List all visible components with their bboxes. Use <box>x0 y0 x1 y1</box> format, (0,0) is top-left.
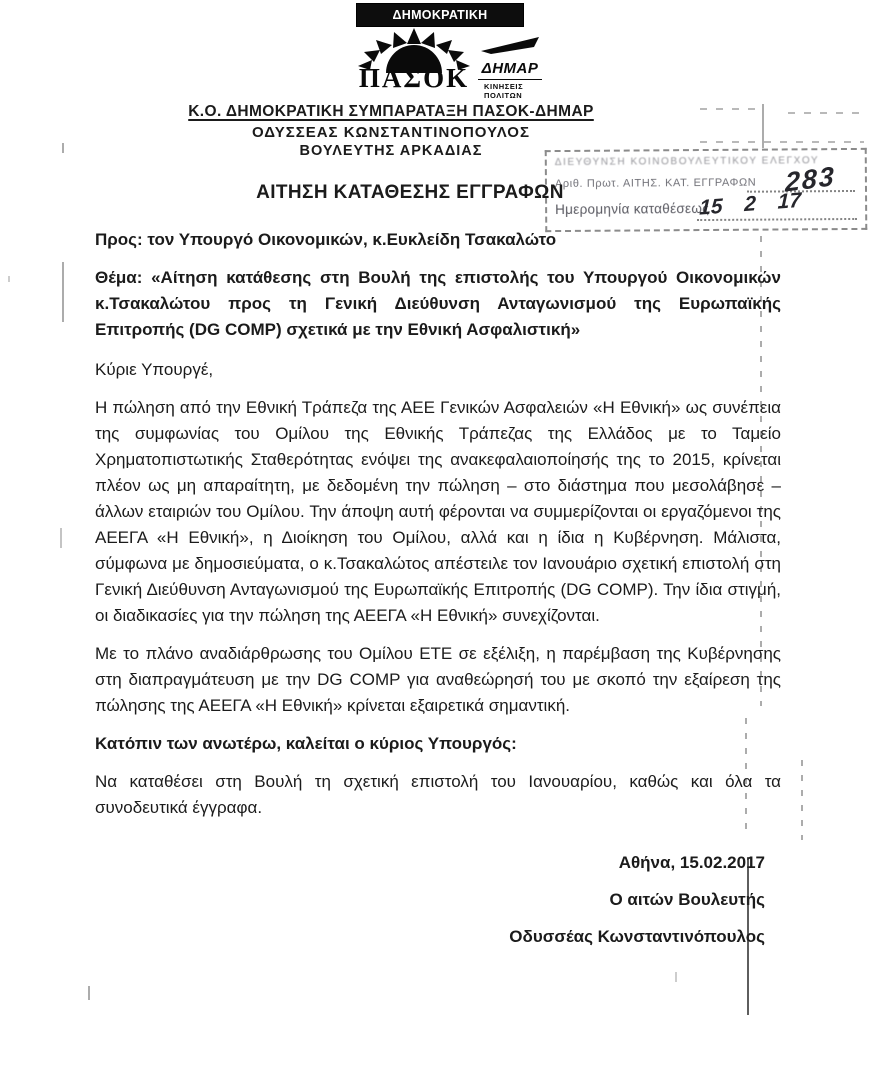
call-to-minister-line: Κατόπιν των ανωτέρω, καλείται ο κύριος Υ… <box>95 731 781 757</box>
mp-name-line: ΟΔΥΣΣΕΑΣ ΚΩΝΣΤΑΝΤΙΝΟΠΟΥΛΟΣ <box>0 124 782 141</box>
signatory-name-line: Οδυσσέας Κωνσταντινόπουλος <box>95 927 765 947</box>
body-paragraph-1: Η πώληση από την Εθνική Τράπεζα της ΑΕΕ … <box>95 395 781 629</box>
document-title: ΑΙΤΗΣΗ ΚΑΤΑΘΕΣΗΣ ΕΓΓΡΑΦΩΝ <box>25 182 795 204</box>
scan-artifact <box>88 986 90 1000</box>
scan-artifact <box>62 262 64 322</box>
dimar-flag-icon <box>479 43 541 60</box>
scan-artifact <box>8 276 10 282</box>
place-date-line: Αθήνα, 15.02.2017 <box>95 853 765 873</box>
pasok-sun-icon <box>356 28 472 79</box>
subject-paragraph: Θέμα: «Αίτηση κατάθεσης στη Βουλή της επ… <box>95 265 781 343</box>
scan-artifact <box>788 112 862 114</box>
parliamentary-group-line: Κ.Ο. ΔΗΜΟΚΡΑΤΙΚΗ ΣΥΜΠΑΡΑΤΑΞΗ ΠΑΣΟΚ-ΔΗΜΑΡ <box>0 103 782 121</box>
kiniseis-politon-label: ΚΙΝΗΣΕΙΣ ΠΟΛΙΤΩΝ <box>478 83 542 100</box>
dimar-logo: ΔΗΜΑΡ ΚΙΝΗΣΕΙΣ ΠΟΛΙΤΩΝ <box>478 36 542 100</box>
request-paragraph: Να καταθέσει στη Βουλή τη σχετική επιστο… <box>95 769 781 821</box>
body-paragraph-2: Με το πλάνο αναδιάρθρωσης του Ομίλου ΕΤΕ… <box>95 641 781 719</box>
signatory-role-line: Ο αιτών Βουλευτής <box>95 890 765 910</box>
scan-artifact <box>60 528 62 548</box>
scan-artifact <box>801 760 803 840</box>
addressee-line: Προς: τον Υπουργό Οικονομικών, κ.Ευκλείδ… <box>95 227 781 253</box>
scanned-document-page: ΔΗΜΟΚΡΑΤΙΚΗ ΣΥΜΠΑΡΑΤΑΞΗ ΠΑΣΟΚ <box>0 0 874 1092</box>
scan-artifact <box>675 972 677 982</box>
dimar-wordmark: ΔΗΜΑΡ <box>478 61 542 80</box>
party-banner: ΔΗΜΟΚΡΑΤΙΚΗ ΣΥΜΠΑΡΑΤΑΞΗ <box>356 3 524 27</box>
document-body: Προς: τον Υπουργό Οικονομικών, κ.Ευκλείδ… <box>95 227 781 833</box>
salutation-line: Κύριε Υπουργέ, <box>95 357 781 383</box>
signature-block: Αθήνα, 15.02.2017 Ο αιτών Βουλευτής Οδυσ… <box>95 853 765 964</box>
pasok-logo: ΠΑΣΟΚ <box>352 28 476 90</box>
